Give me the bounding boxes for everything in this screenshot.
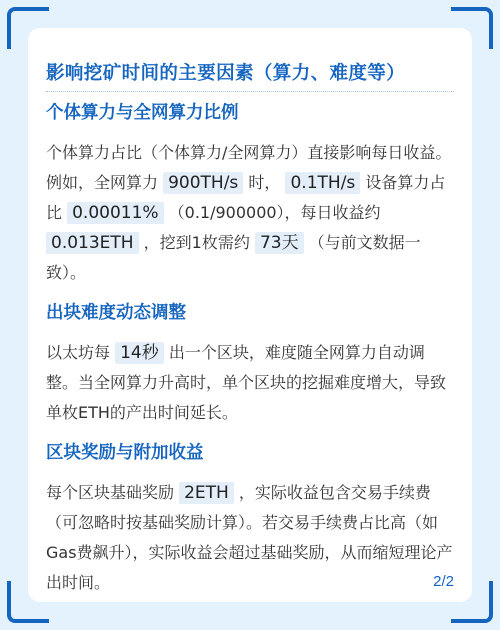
body-text: ，挖到1枚需约 xyxy=(139,233,255,252)
section-heading-hashrate-ratio: 个体算力与全网算力比例 xyxy=(46,100,454,126)
highlighted-value: 73天 xyxy=(255,232,304,254)
highlighted-value: 2ETH xyxy=(179,482,234,504)
section-heading-difficulty-adjustment: 出块难度动态调整 xyxy=(46,300,454,326)
highlighted-value: 14秒 xyxy=(115,342,164,364)
highlighted-value: 0.00011% xyxy=(67,202,163,224)
page-title: 影响挖矿时间的主要因素（算力、难度等） xyxy=(46,60,454,92)
highlighted-value: 0.1TH/s xyxy=(285,172,360,194)
body-text: 时， xyxy=(243,173,285,192)
highlighted-value: 900TH/s xyxy=(163,172,243,194)
body-text: 以太坊每 xyxy=(46,343,115,362)
page: 影响挖矿时间的主要因素（算力、难度等） 个体算力与全网算力比例 个体算力占比（个… xyxy=(0,0,500,630)
section-body-hashrate-ratio: 个体算力占比（个体算力/全网算力）直接影响每日收益。例如，全网算力 900TH/… xyxy=(46,138,454,288)
body-text: （0.1/900000），每日收益约 xyxy=(164,203,381,222)
highlighted-value: 0.013ETH xyxy=(46,232,139,254)
section-body-block-reward: 每个区块基础奖励 2ETH ，实际收益包含交易手续费（可忽略时按基础奖励计算）。… xyxy=(46,478,454,598)
section-heading-block-reward: 区块奖励与附加收益 xyxy=(46,440,454,466)
body-text: 每个区块基础奖励 xyxy=(46,483,179,502)
content-card: 影响挖矿时间的主要因素（算力、难度等） 个体算力与全网算力比例 个体算力占比（个… xyxy=(28,28,472,602)
section-body-difficulty-adjustment: 以太坊每 14秒 出一个区块，难度随全网算力自动调整。当全网算力升高时，单个区块… xyxy=(46,338,454,428)
page-indicator: 2/2 xyxy=(433,573,454,590)
